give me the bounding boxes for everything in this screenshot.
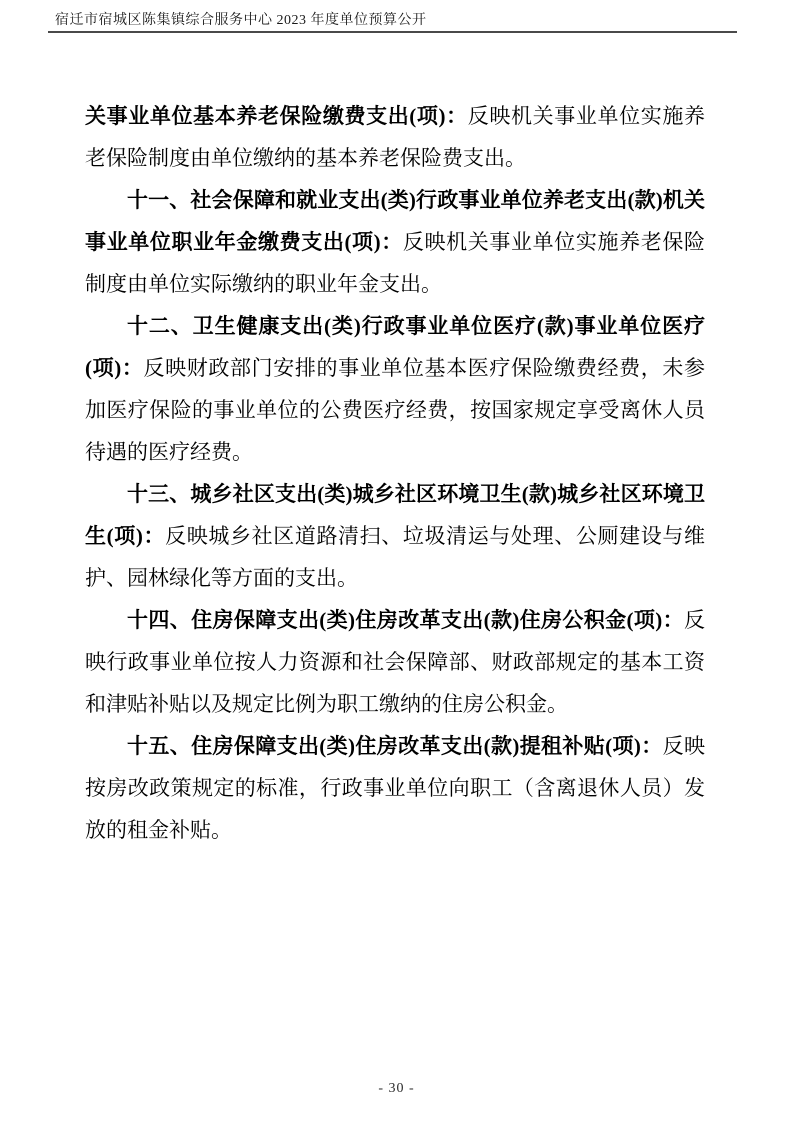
paragraph-item-15: 十五、住房保障支出(类)住房改革支出(款)提租补贴(项)：反映按房改政策规定的标… (85, 725, 705, 851)
paragraph-text: 反映城乡社区道路清扫、垃圾清运与处理、公厕建设与维护、园林绿化等方面的支出。 (85, 524, 705, 590)
paragraph-item-11: 十一、社会保障和就业支出(类)行政事业单位养老支出(款)机关事业单位职业年金缴费… (85, 179, 705, 305)
paragraph-text: 反映财政部门安排的事业单位基本医疗保险缴费经费，未参加医疗保险的事业单位的公费医… (85, 356, 705, 464)
paragraph-continuation: 关事业单位基本养老保险缴费支出(项)：反映机关事业单位实施养老保险制度由单位缴纳… (85, 95, 705, 179)
header-title: 宿迁市宿城区陈集镇综合服务中心 2023 年度单位预算公开 (55, 12, 427, 29)
paragraph-item-13: 十三、城乡社区支出(类)城乡社区环境卫生(款)城乡社区环境卫生(项)：反映城乡社… (85, 473, 705, 599)
header-rule (48, 31, 737, 33)
page-number: - 30 - (378, 1081, 414, 1096)
page-footer: - 30 - (0, 1081, 793, 1097)
paragraph-item-14: 十四、住房保障支出(类)住房改革支出(款)住房公积金(项)：反映行政事业单位按人… (85, 599, 705, 725)
paragraph-heading: 关事业单位基本养老保险缴费支出(项)： (85, 104, 468, 128)
paragraph-item-12: 十二、卫生健康支出(类)行政事业单位医疗(款)事业单位医疗(项)：反映财政部门安… (85, 305, 705, 473)
paragraph-heading: 十四、住房保障支出(类)住房改革支出(款)住房公积金(项)： (127, 608, 684, 632)
document-page: 宿迁市宿城区陈集镇综合服务中心 2023 年度单位预算公开 关事业单位基本养老保… (0, 0, 793, 1122)
document-body: 关事业单位基本养老保险缴费支出(项)：反映机关事业单位实施养老保险制度由单位缴纳… (85, 95, 705, 851)
paragraph-heading: 十五、住房保障支出(类)住房改革支出(款)提租补贴(项)： (127, 734, 663, 758)
